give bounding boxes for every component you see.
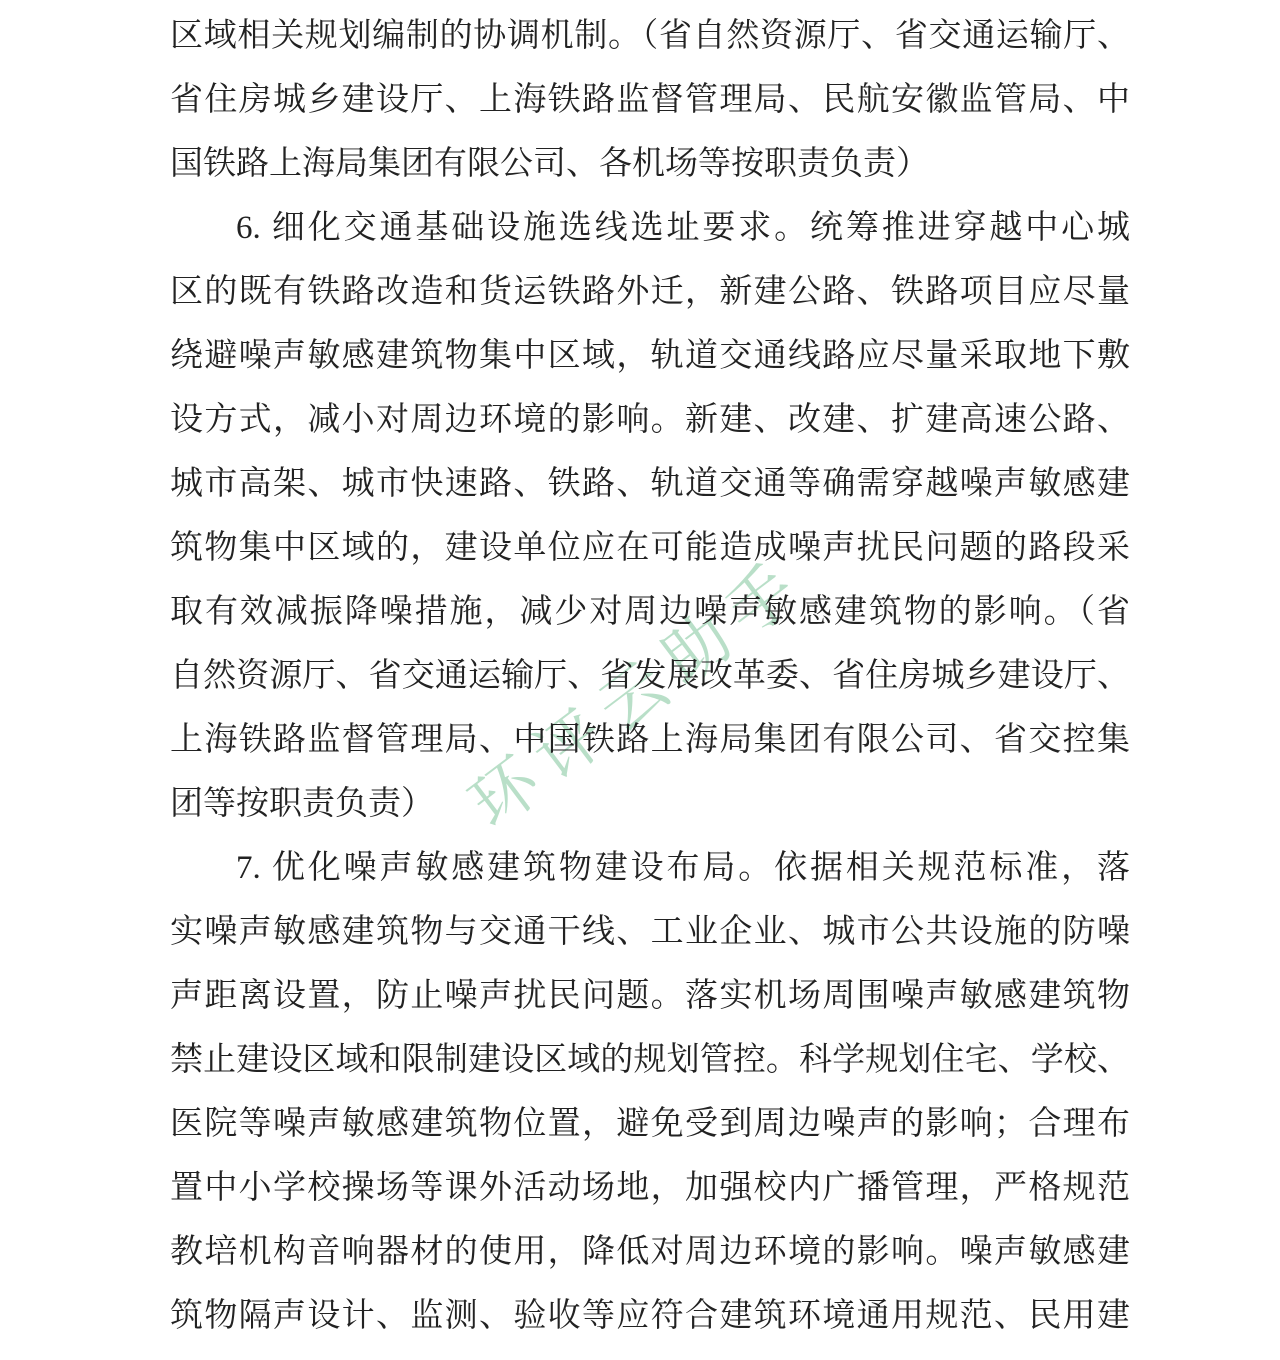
text-line: 团等按职责负责）: [170, 772, 1130, 836]
text-line: 区的既有铁路改造和货运铁路外迁，新建公路、铁路项目应尽量: [170, 260, 1130, 324]
document-page: { "page": { "background": "#ffffff", "te…: [0, 0, 1280, 1360]
text-line: 教培机构音响器材的使用，降低对周边环境的影响。噪声敏感建: [170, 1220, 1130, 1284]
text-line: 绕避噪声敏感建筑物集中区域，轨道交通线路应尽量采取地下敷: [170, 324, 1130, 388]
text-line: 设方式，减小对周边环境的影响。新建、改建、扩建高速公路、: [170, 388, 1130, 452]
text-line: 声距离设置，防止噪声扰民问题。落实机场周围噪声敏感建筑物: [170, 964, 1130, 1028]
text-line: 取有效减振降噪措施，减少对周边噪声敏感建筑物的影响。（省: [170, 580, 1130, 644]
text-line: 省住房城乡建设厅、上海铁路监督管理局、民航安徽监管局、中: [170, 68, 1130, 132]
text-line: 自然资源厅、省交通运输厅、省发展改革委、省住房城乡建设厅、: [170, 644, 1130, 708]
document-text-block: 区域相关规划编制的协调机制。（省自然资源厅、省交通运输厅、 省住房城乡建设厅、上…: [170, 4, 1130, 1348]
text-line: 区域相关规划编制的协调机制。（省自然资源厅、省交通运输厅、: [170, 4, 1130, 68]
text-line: 实噪声敏感建筑物与交通干线、工业企业、城市公共设施的防噪: [170, 900, 1130, 964]
text-line-numbered-item-6: 6. 细化交通基础设施选线选址要求。统筹推进穿越中心城: [170, 196, 1130, 260]
text-line: 置中小学校操场等课外活动场地，加强校内广播管理，严格规范: [170, 1156, 1130, 1220]
text-line: 筑物集中区域的，建设单位应在可能造成噪声扰民问题的路段采: [170, 516, 1130, 580]
text-line: 医院等噪声敏感建筑物位置，避免受到周边噪声的影响；合理布: [170, 1092, 1130, 1156]
text-line: 筑物隔声设计、监测、验收等应符合建筑环境通用规范、民用建: [170, 1284, 1130, 1348]
text-line: 国铁路上海局集团有限公司、各机场等按职责负责）: [170, 132, 1130, 196]
text-line: 禁止建设区域和限制建设区域的规划管控。科学规划住宅、学校、: [170, 1028, 1130, 1092]
text-line: 城市高架、城市快速路、铁路、轨道交通等确需穿越噪声敏感建: [170, 452, 1130, 516]
text-line-numbered-item-7: 7. 优化噪声敏感建筑物建设布局。依据相关规范标准，落: [170, 836, 1130, 900]
text-line: 上海铁路监督管理局、中国铁路上海局集团有限公司、省交控集: [170, 708, 1130, 772]
